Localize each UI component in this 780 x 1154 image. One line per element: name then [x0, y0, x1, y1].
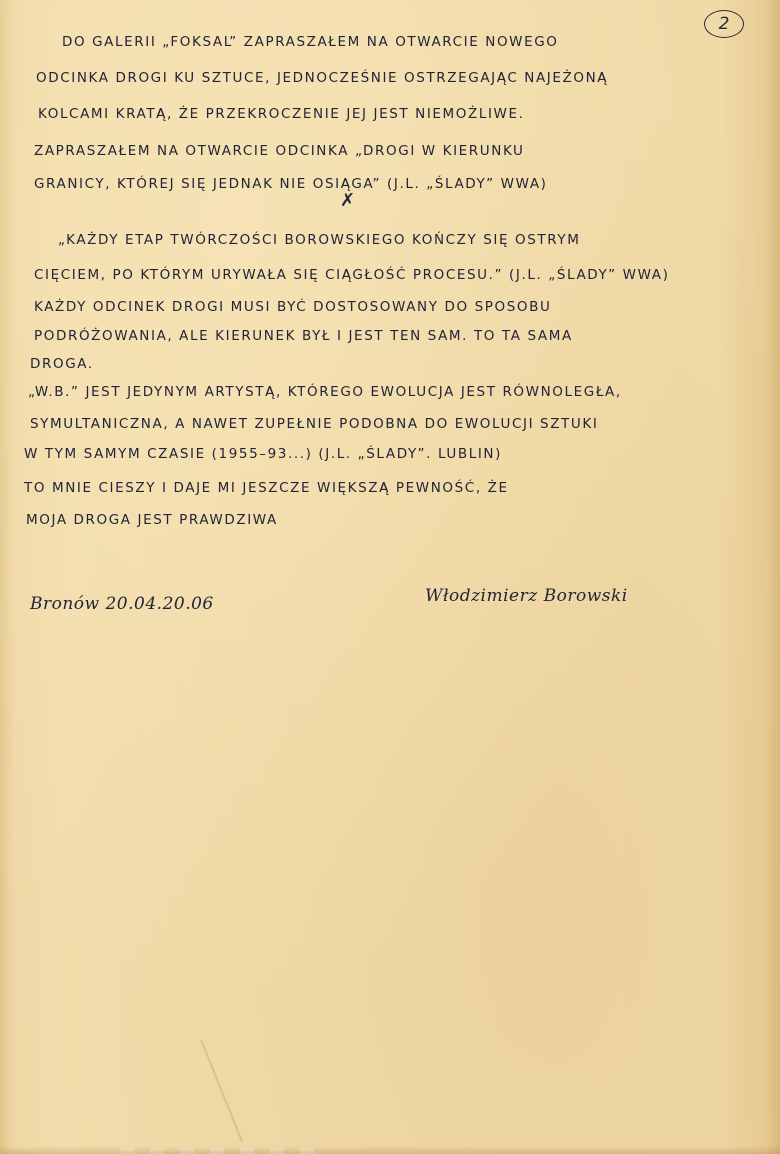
- signature: Włodzimierz Borowski: [425, 586, 628, 606]
- text-line: „W.B.” jest jedynym artystą, którego ewo…: [28, 384, 622, 400]
- text-line: droga.: [30, 356, 94, 372]
- text-line: Zapraszałem na otwarcie odcinka „drogi w…: [34, 143, 525, 159]
- text-line: „Każdy etap twórczości Borowskiego kończ…: [58, 232, 581, 248]
- text-line: symultaniczna, a nawet zupełnie podobna …: [30, 416, 598, 432]
- text-line: Każdy odcinek drogi musi być dostosowany…: [34, 299, 551, 315]
- text-line: kolcami kratą, że przekroczenie jej jest…: [38, 106, 525, 122]
- page-number-text: 2: [719, 14, 730, 34]
- text-line: w tym samym czasie (1955–93...) (J.L. „Ś…: [24, 446, 502, 462]
- page-number-circled: 2: [704, 10, 744, 38]
- paper-crease: [200, 1039, 243, 1142]
- text-line: Do galerii „Foksal” zapraszałem na otwar…: [62, 34, 559, 50]
- text-line: granicy, której się jednak nie osiąga” (…: [34, 176, 548, 192]
- place-date: Bronów 20.04.20.06: [30, 594, 214, 614]
- text-line: odcinka drogi ku sztuce, jednocześnie os…: [36, 70, 608, 86]
- text-line: podróżowania, ale kierunek był i jest te…: [34, 328, 573, 344]
- text-line: To mnie cieszy i daje mi jeszcze większą…: [24, 480, 509, 496]
- text-line: moja droga jest prawdziwa: [26, 512, 278, 528]
- manuscript-page: 2 Do galerii „Foksal” zapraszałem na otw…: [0, 0, 780, 1154]
- separator-mark: ✗: [340, 190, 355, 211]
- text-line: cięciem, po którym urywała się ciągłość …: [34, 267, 670, 283]
- torn-bottom-edge: [120, 1148, 320, 1154]
